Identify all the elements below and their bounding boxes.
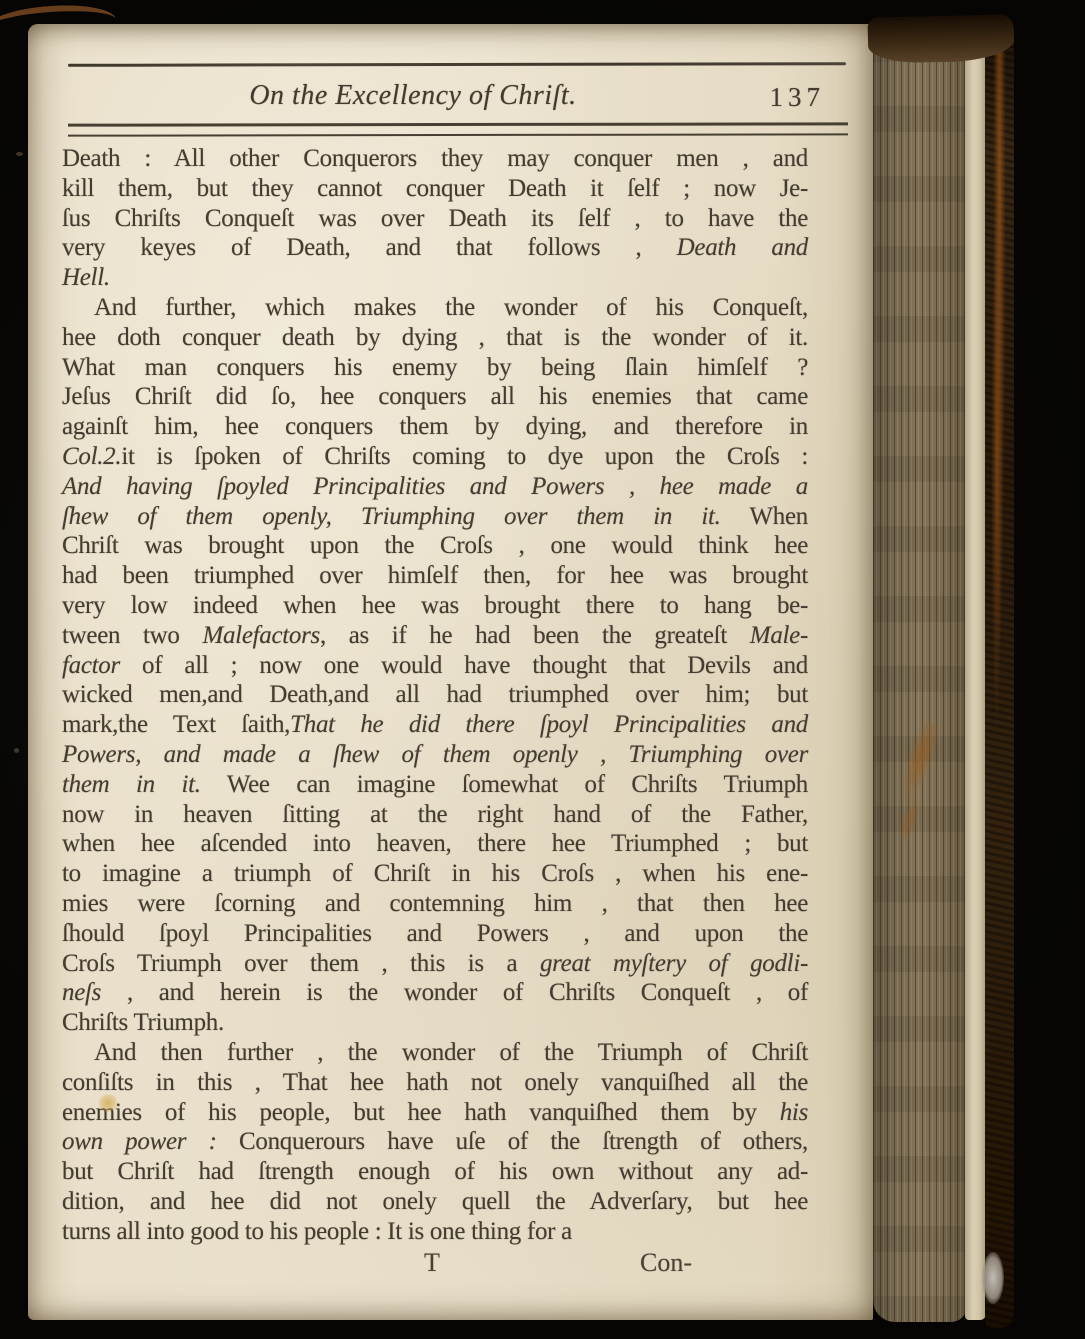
text-line: enemies of his people, but hee hath vanq… <box>62 1098 808 1128</box>
leather-cover-scuff <box>982 1252 1004 1304</box>
paragraph: Death : All other Conquerors they may co… <box>62 144 808 293</box>
text-line: now in heaven ſitting at the right hand … <box>62 800 808 830</box>
text-line: wicked men,and Death,and all had triumph… <box>62 680 808 710</box>
leather-cover-edge <box>985 20 1014 1328</box>
paragraph: And then further , the wonder of the Tri… <box>62 1038 808 1247</box>
text-line: ſus Chriſts Conqueſt was over Death its … <box>62 204 808 234</box>
text-line: Jeſus Chriſt did ſo, hee conquers all hi… <box>62 382 808 412</box>
text-line: And having ſpoyled Principalities and Po… <box>62 472 808 502</box>
text-line: them in it. Wee can imagine ſomewhat of … <box>62 770 808 800</box>
page-stain <box>98 1094 118 1112</box>
text-line: ſhew of them openly, Triumphing over the… <box>62 502 808 532</box>
text-line: And further, which makes the wonder of h… <box>62 293 808 323</box>
text-line: hee doth conquer death by dying , that i… <box>62 323 808 353</box>
text-line: own power : Conquerours have uſe of the … <box>62 1127 808 1157</box>
text-body: Death : All other Conquerors they may co… <box>62 144 808 1246</box>
text-line: Chriſts Triumph. <box>62 1008 808 1038</box>
running-title: On the Excellency of Chriſt. <box>178 80 648 112</box>
text-line: Hell. <box>62 263 808 293</box>
signature-row: T Con- <box>62 1248 808 1280</box>
text-line: mies were ſcorning and contemning him , … <box>62 889 808 919</box>
text-line: but Chriſt had ſtrength enough of his ow… <box>62 1157 808 1187</box>
header-rule-top <box>68 62 846 67</box>
catchword: Con- <box>640 1248 692 1278</box>
text-line: had been triumphed over himſelf then, fo… <box>62 561 808 591</box>
text-line: mark,the Text ſaith,That he did there ſp… <box>62 710 808 740</box>
page-speck <box>16 152 23 156</box>
text-line: ſhould ſpoyl Principalities and Powers ,… <box>62 919 808 949</box>
text-line: againſt him, hee conquers them by dying,… <box>62 412 808 442</box>
text-line: And then further , the wonder of the Tri… <box>62 1038 808 1068</box>
text-line: Croſs Triumph over them , this is a grea… <box>62 949 808 979</box>
text-line: Powers, and made a ſhew of them openly ,… <box>62 740 808 770</box>
text-line: dition, and hee did not onely quell the … <box>62 1187 808 1217</box>
page-number: 137 <box>770 82 826 113</box>
page-speck <box>14 748 19 753</box>
text-line: turns all into good to his people : It i… <box>62 1217 808 1247</box>
text-line: very low indeed when hee was brought the… <box>62 591 808 621</box>
text-line: Chriſt was brought upon the Croſs , one … <box>62 531 808 561</box>
book-fore-edge-pages <box>873 28 967 1322</box>
text-line: factor of all ; now one would have thoug… <box>62 651 808 681</box>
signature-mark: T <box>424 1248 440 1278</box>
book-page: On the Excellency of Chriſt. 137 Death :… <box>28 24 873 1320</box>
text-line: neſs , and herein is the wonder of Chriſ… <box>62 978 808 1008</box>
header-rule-double <box>68 122 848 136</box>
text-line: conſiſts in this , That hee hath not one… <box>62 1068 808 1098</box>
paragraph: And further, which makes the wonder of h… <box>62 293 808 1038</box>
text-line: What man conquers his enemy by being ſla… <box>62 353 808 383</box>
scanned-book-photo: On the Excellency of Chriſt. 137 Death :… <box>0 0 1085 1339</box>
text-line: tween two Malefactors, as if he had been… <box>62 621 808 651</box>
text-line: Col.2.it is ſpoken of Chriſts coming to … <box>62 442 808 472</box>
text-line: kill them, but they cannot conquer Death… <box>62 174 808 204</box>
text-line: when hee aſcended into heaven, there hee… <box>62 829 808 859</box>
page-speck <box>588 604 592 608</box>
page-speck <box>328 929 332 932</box>
board-inner-edge <box>965 34 986 1320</box>
text-line: Death : All other Conquerors they may co… <box>62 144 808 174</box>
text-line: very keyes of Death, and that follows , … <box>62 233 808 263</box>
text-line: to imagine a triumph of Chriſt in his Cr… <box>62 859 808 889</box>
